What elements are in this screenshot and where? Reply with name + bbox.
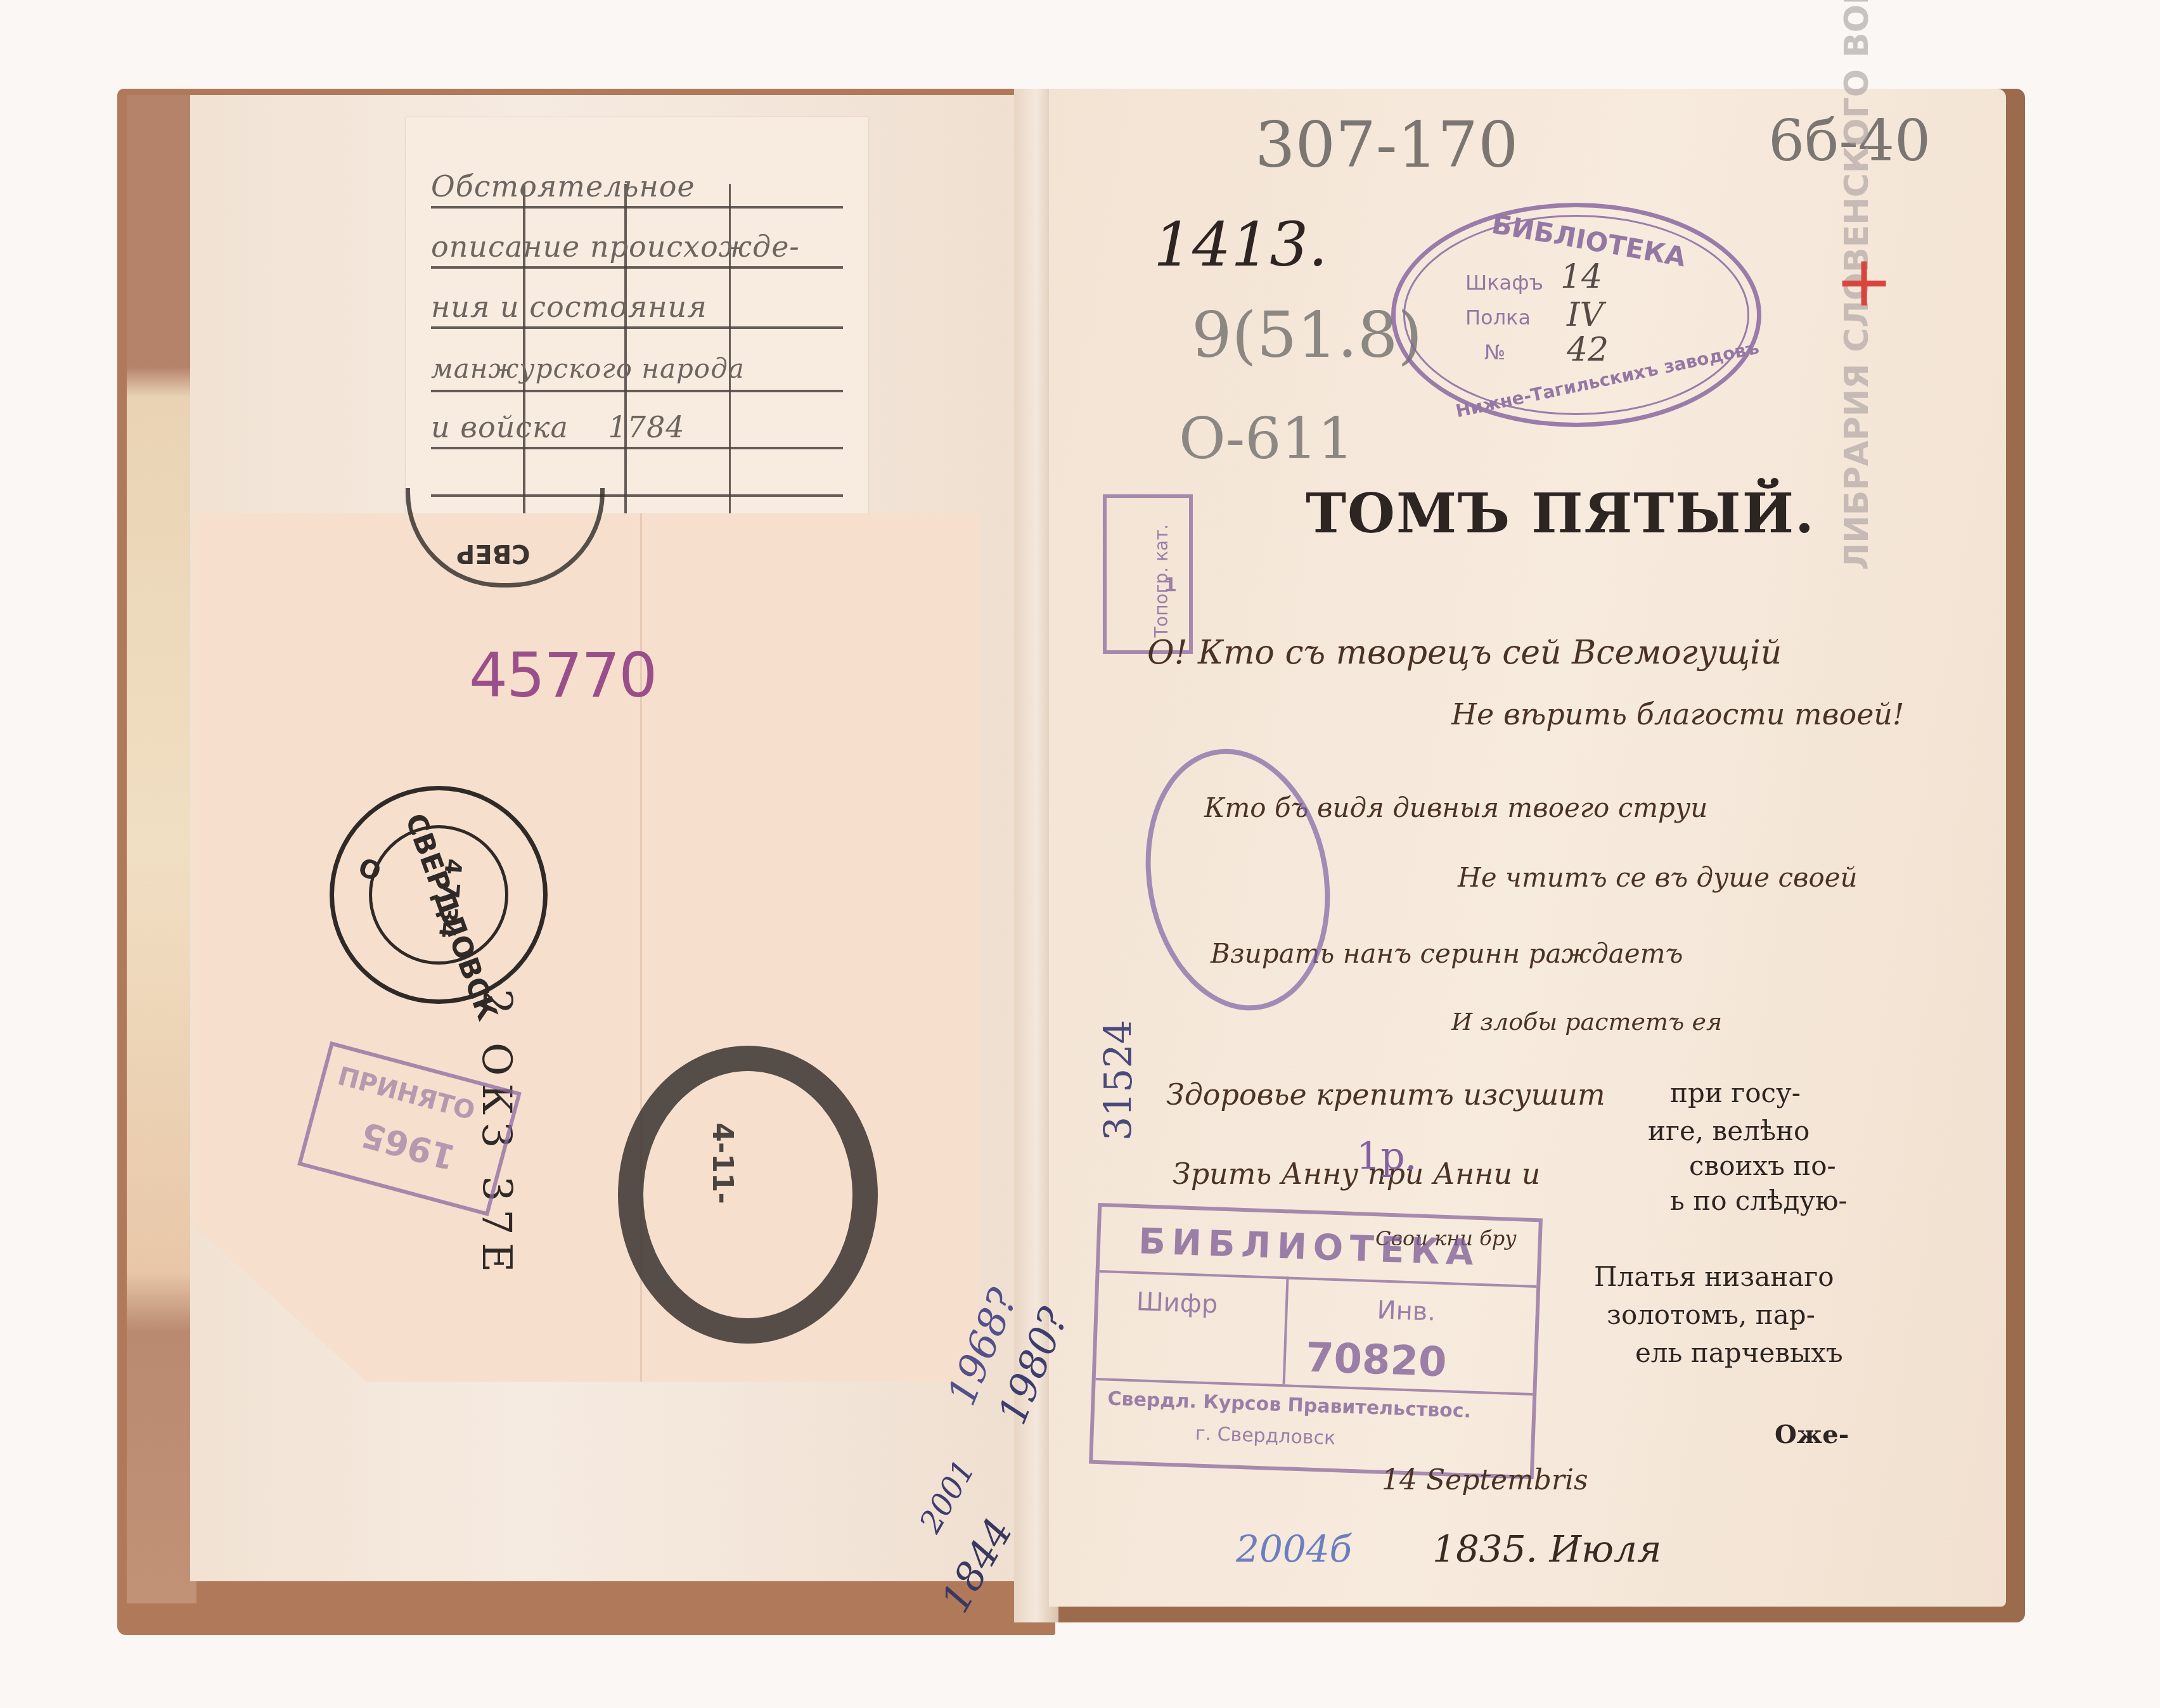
pencil-number-top-left: 307-170 (1255, 108, 1519, 182)
oval-field-polka-label: Полка (1465, 305, 1531, 330)
partial-postmark-text: СВЕР (456, 539, 530, 568)
card-line-5: и войска 1784 (431, 410, 685, 444)
side-number-31524: 31524 (1096, 1020, 1141, 1141)
oval-field-no-value: 42 (1567, 331, 1609, 369)
postmark-sverdlovsk: СВЕРДЛОВСК О 4 7 34 (330, 786, 548, 1004)
ink-number-1413: 1413. (1154, 209, 1328, 280)
printed-line-1: при госу- (1670, 1077, 1801, 1108)
postmark2-date: 4-11- (706, 1122, 738, 1204)
card-line-2: описание происхожде- (431, 229, 800, 264)
spine-binding (127, 95, 196, 1603)
card-line-3: ния и состояния (431, 290, 707, 324)
library-inventory-stamp: БИБЛИОТЕКА Шифр Инв. 70820 Свердл. Курсо… (1089, 1203, 1543, 1479)
library-stamp-inv-label: Инв. (1377, 1295, 1436, 1326)
printed-catchword: Оже- (1775, 1420, 1849, 1449)
topo-line-2: 1 (1164, 574, 1177, 596)
printed-line-2: иге, велѣно (1648, 1115, 1810, 1146)
ink-year-note: 1835. Июля (1432, 1527, 1661, 1570)
volume-title: ТОМЪ ПЯТЫЙ. (1306, 482, 1815, 546)
topographic-catalog-stamp: Топогр. кат. 1 (1103, 494, 1193, 654)
oval-field-polka-value: IV (1567, 296, 1604, 334)
printed-line-3: своихъ по- (1689, 1150, 1836, 1181)
blue-number-note: 2004б (1236, 1527, 1352, 1570)
red-cross-mark: + (1835, 241, 1893, 322)
oval-library-stamp: БИБЛІОТЕКА Шкафъ 14 Полка IV № 42 Нижне-… (1391, 203, 1761, 427)
violet-price-note: 1р. (1356, 1134, 1417, 1179)
shelf-code: О-611 (1179, 406, 1354, 472)
oval-field-shelf-label: Шкафъ (1465, 271, 1543, 295)
oval-field-no-label: № (1484, 340, 1505, 364)
received-year: 1965 (357, 1114, 459, 1178)
manuscript-line-1: О! Кто съ творецъ сей Всемогущій (1147, 634, 1782, 672)
manuscript-line-2: Не вѣрить благости твоей! (1451, 697, 1904, 731)
manuscript-line-7: Здоровье крепитъ изсушит (1166, 1077, 1605, 1112)
printed-line-7: ель парчевыхъ (1635, 1337, 1843, 1368)
printed-line-4: ь по слѣдую- (1670, 1185, 1848, 1216)
card-line-4: манжурского народа (431, 353, 745, 384)
printed-line-6: золотомъ, пар- (1607, 1299, 1815, 1330)
catalog-card: Обстоятельное описание происхожде- ния и… (406, 117, 868, 523)
inventory-number: 45770 (469, 640, 656, 711)
library-stamp-city: г. Свердловск (1195, 1422, 1336, 1449)
library-stamp-inv-number: 70820 (1305, 1334, 1448, 1386)
manuscript-line-6: И злобы растетъ ея (1451, 1008, 1722, 1036)
library-stamp-title: БИБЛИОТЕКА (1138, 1221, 1481, 1274)
postmark-smudged: 4-11- (618, 1046, 878, 1344)
ink-date-note: 14 Septembris (1382, 1464, 1588, 1496)
library-stamp-cipher-label: Шифр (1136, 1287, 1218, 1319)
oval-field-shelf-value: 14 (1560, 258, 1602, 296)
card-line-1: Обстоятельное (431, 169, 695, 203)
shelf-mark: 9(51.8) (1192, 298, 1422, 372)
library-stamp-org: Свердл. Курсов Правительствос. (1107, 1388, 1472, 1423)
printed-line-5: Платья низанаго (1594, 1261, 1834, 1292)
manuscript-line-4: Не чтитъ се въ душе своей (1458, 862, 1858, 893)
